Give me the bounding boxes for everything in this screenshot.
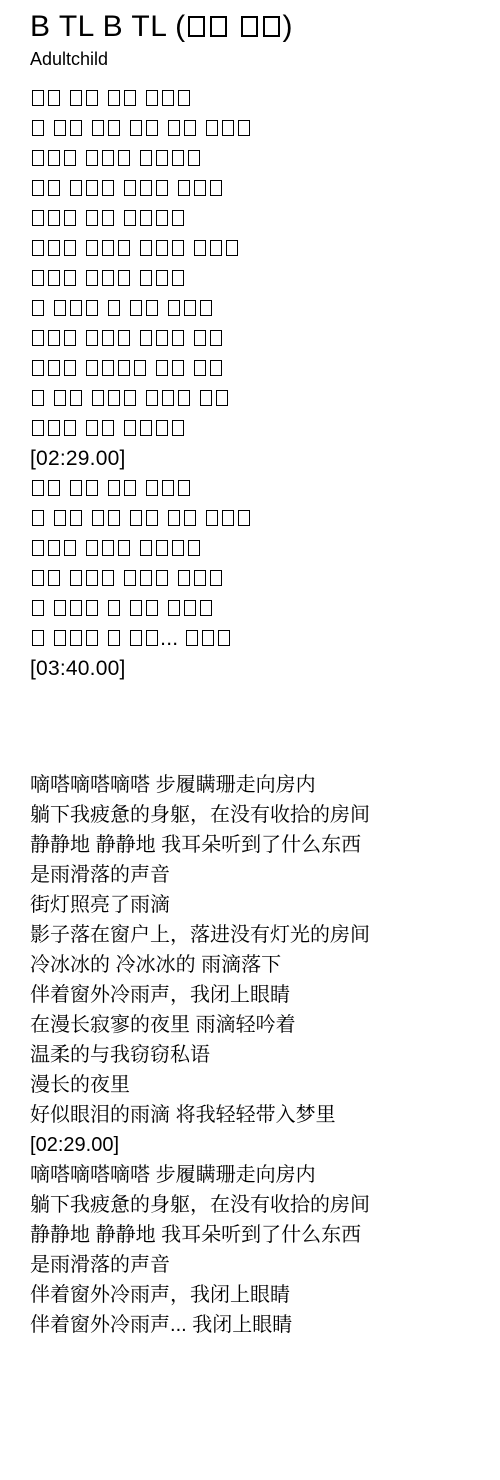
missing-glyph-box bbox=[118, 270, 130, 286]
lyric-line: 伴着窗外冷雨声，我闭上眼睛 bbox=[30, 980, 482, 1010]
missing-glyph-box bbox=[32, 630, 44, 646]
lyric-line bbox=[30, 504, 482, 534]
missing-glyph-box bbox=[210, 570, 222, 586]
missing-glyph-box bbox=[102, 240, 114, 256]
lyric-line bbox=[30, 294, 482, 324]
missing-glyph-box bbox=[194, 180, 206, 196]
missing-glyph-box bbox=[156, 210, 168, 226]
missing-glyph-box bbox=[102, 330, 114, 346]
missing-glyph-box bbox=[140, 330, 152, 346]
missing-glyph-box bbox=[32, 180, 44, 196]
missing-glyph-box bbox=[102, 210, 114, 226]
missing-glyph-box bbox=[156, 420, 168, 436]
missing-glyph-box bbox=[86, 540, 98, 556]
missing-glyph-box bbox=[172, 240, 184, 256]
missing-glyph-box bbox=[32, 570, 44, 586]
missing-glyph-box bbox=[108, 120, 120, 136]
missing-glyph-box bbox=[32, 510, 44, 526]
missing-glyph-box bbox=[241, 16, 258, 37]
missing-glyph-box bbox=[86, 90, 98, 106]
lyric-line bbox=[30, 324, 482, 354]
missing-glyph-box bbox=[130, 600, 142, 616]
missing-glyph-box bbox=[156, 240, 168, 256]
missing-glyph-box bbox=[86, 570, 98, 586]
missing-glyph-box bbox=[210, 180, 222, 196]
missing-glyph-box bbox=[140, 420, 152, 436]
missing-glyph-box bbox=[186, 630, 198, 646]
missing-glyph-box bbox=[172, 150, 184, 166]
missing-glyph-box bbox=[172, 270, 184, 286]
missing-glyph-box bbox=[32, 240, 44, 256]
missing-glyph-box bbox=[32, 540, 44, 556]
missing-glyph-box bbox=[156, 150, 168, 166]
missing-glyph-box bbox=[168, 600, 180, 616]
missing-glyph-box bbox=[70, 570, 82, 586]
missing-glyph-box bbox=[48, 420, 60, 436]
missing-glyph-box bbox=[146, 390, 158, 406]
missing-glyph-box bbox=[48, 360, 60, 376]
missing-glyph-box bbox=[130, 300, 142, 316]
missing-glyph-box bbox=[146, 300, 158, 316]
missing-glyph-box bbox=[86, 150, 98, 166]
missing-glyph-box bbox=[124, 90, 136, 106]
missing-glyph-box bbox=[86, 360, 98, 376]
missing-glyph-box bbox=[86, 420, 98, 436]
lyric-line: 是雨滑落的声音 bbox=[30, 1250, 482, 1280]
missing-glyph-box bbox=[70, 510, 82, 526]
missing-glyph-box bbox=[54, 390, 66, 406]
missing-glyph-box bbox=[130, 630, 142, 646]
missing-glyph-box bbox=[178, 180, 190, 196]
missing-glyph-box bbox=[32, 330, 44, 346]
lyric-line bbox=[30, 564, 482, 594]
missing-glyph-box bbox=[86, 480, 98, 496]
missing-glyph-box bbox=[156, 540, 168, 556]
missing-glyph-box bbox=[134, 360, 146, 376]
lyric-line bbox=[30, 234, 482, 264]
missing-glyph-box bbox=[146, 600, 158, 616]
missing-glyph-box bbox=[102, 570, 114, 586]
missing-glyph-box bbox=[54, 300, 66, 316]
missing-glyph-box bbox=[168, 510, 180, 526]
missing-glyph-box bbox=[102, 270, 114, 286]
missing-glyph-box bbox=[32, 600, 44, 616]
missing-glyph-box bbox=[200, 300, 212, 316]
missing-glyph-box bbox=[124, 180, 136, 196]
missing-glyph-box bbox=[184, 120, 196, 136]
missing-glyph-box bbox=[118, 150, 130, 166]
lyric-line: 伴着窗外冷雨声，我闭上眼睛 bbox=[30, 1280, 482, 1310]
missing-glyph-box bbox=[146, 510, 158, 526]
lyric-line: 温柔的与我窃窃私语 bbox=[30, 1040, 482, 1070]
timestamp-line: [03:40.00] bbox=[30, 654, 482, 684]
missing-glyph-box bbox=[70, 390, 82, 406]
missing-glyph-box bbox=[210, 330, 222, 346]
missing-glyph-box bbox=[188, 16, 205, 37]
missing-glyph-box bbox=[162, 90, 174, 106]
missing-glyph-box bbox=[64, 210, 76, 226]
lyric-line bbox=[30, 354, 482, 384]
lyric-line bbox=[30, 264, 482, 294]
missing-glyph-box bbox=[206, 120, 218, 136]
missing-glyph-box bbox=[32, 90, 44, 106]
missing-glyph-box bbox=[202, 630, 214, 646]
missing-glyph-box bbox=[70, 90, 82, 106]
missing-glyph-box bbox=[32, 300, 44, 316]
missing-glyph-box bbox=[108, 480, 120, 496]
missing-glyph-box bbox=[146, 120, 158, 136]
missing-glyph-box bbox=[140, 210, 152, 226]
missing-glyph-box bbox=[92, 390, 104, 406]
missing-glyph-box bbox=[92, 120, 104, 136]
lyric-line bbox=[30, 534, 482, 564]
missing-glyph-box bbox=[118, 240, 130, 256]
missing-glyph-box bbox=[86, 240, 98, 256]
missing-glyph-box bbox=[92, 510, 104, 526]
missing-glyph-box bbox=[70, 300, 82, 316]
missing-glyph-box bbox=[32, 480, 44, 496]
missing-glyph-box bbox=[178, 90, 190, 106]
lyric-line: 漫长的夜里 bbox=[30, 1070, 482, 1100]
missing-glyph-box bbox=[108, 510, 120, 526]
timestamp-line: [02:29.00] bbox=[30, 1130, 482, 1160]
missing-glyph-box bbox=[54, 120, 66, 136]
missing-glyph-box bbox=[102, 180, 114, 196]
missing-glyph-box bbox=[48, 540, 60, 556]
missing-glyph-box bbox=[54, 630, 66, 646]
missing-glyph-box bbox=[146, 90, 158, 106]
missing-glyph-box bbox=[86, 330, 98, 346]
missing-glyph-box bbox=[48, 240, 60, 256]
missing-glyph-box bbox=[32, 210, 44, 226]
missing-glyph-box bbox=[172, 360, 184, 376]
missing-glyph-box bbox=[188, 540, 200, 556]
missing-glyph-box bbox=[146, 480, 158, 496]
missing-glyph-box bbox=[194, 330, 206, 346]
missing-glyph-box bbox=[118, 330, 130, 346]
lyric-line: 静静地 静静地 我耳朵听到了什么东西 bbox=[30, 830, 482, 860]
missing-glyph-box bbox=[206, 510, 218, 526]
missing-glyph-box bbox=[263, 16, 280, 37]
missing-glyph-box bbox=[118, 360, 130, 376]
missing-glyph-box bbox=[156, 570, 168, 586]
missing-glyph-box bbox=[194, 360, 206, 376]
missing-glyph-box bbox=[32, 120, 44, 136]
missing-glyph-box bbox=[64, 420, 76, 436]
lyric-line: 伴着窗外冷雨声... 我闭上眼睛 bbox=[30, 1310, 482, 1340]
missing-glyph-box bbox=[140, 570, 152, 586]
lyric-line: 躺下我疲惫的身躯，在没有收拾的房间 bbox=[30, 1190, 482, 1220]
missing-glyph-box bbox=[140, 540, 152, 556]
missing-glyph-box bbox=[108, 600, 120, 616]
missing-glyph-box bbox=[178, 390, 190, 406]
missing-glyph-box bbox=[184, 510, 196, 526]
missing-glyph-box bbox=[178, 480, 190, 496]
missing-glyph-box bbox=[140, 240, 152, 256]
missing-glyph-box bbox=[32, 390, 44, 406]
missing-glyph-box bbox=[48, 570, 60, 586]
missing-glyph-box bbox=[156, 330, 168, 346]
lyric-line bbox=[30, 84, 482, 114]
missing-glyph-box bbox=[64, 150, 76, 166]
missing-glyph-box bbox=[70, 480, 82, 496]
missing-glyph-box bbox=[86, 600, 98, 616]
missing-glyph-box bbox=[70, 180, 82, 196]
missing-glyph-box bbox=[200, 390, 212, 406]
missing-glyph-box bbox=[86, 270, 98, 286]
lyric-line bbox=[30, 384, 482, 414]
missing-glyph-box bbox=[102, 360, 114, 376]
missing-glyph-box bbox=[32, 360, 44, 376]
missing-glyph-box bbox=[222, 510, 234, 526]
missing-glyph-box bbox=[238, 120, 250, 136]
missing-glyph-box bbox=[70, 600, 82, 616]
missing-glyph-box bbox=[140, 270, 152, 286]
missing-glyph-box bbox=[64, 540, 76, 556]
missing-glyph-box bbox=[140, 150, 152, 166]
missing-glyph-box bbox=[238, 510, 250, 526]
lyric-line: 冷冰冰的 冷冰冰的 雨滴落下 bbox=[30, 950, 482, 980]
missing-glyph-box bbox=[124, 420, 136, 436]
missing-glyph-box bbox=[172, 540, 184, 556]
missing-glyph-box bbox=[162, 390, 174, 406]
missing-glyph-box bbox=[172, 330, 184, 346]
missing-glyph-box bbox=[48, 150, 60, 166]
missing-glyph-box bbox=[210, 360, 222, 376]
missing-glyph-box bbox=[86, 210, 98, 226]
missing-glyph-box bbox=[64, 270, 76, 286]
lyrics-page: B TL B TL ( ) Adultchild [02:29.00] ... … bbox=[0, 0, 500, 1340]
missing-glyph-box bbox=[108, 390, 120, 406]
missing-glyph-box bbox=[156, 360, 168, 376]
missing-glyph-box bbox=[64, 360, 76, 376]
missing-glyph-box bbox=[124, 210, 136, 226]
missing-glyph-box bbox=[124, 390, 136, 406]
missing-glyph-box bbox=[156, 270, 168, 286]
lyric-line bbox=[30, 414, 482, 444]
missing-glyph-box bbox=[70, 630, 82, 646]
lyric-line bbox=[30, 174, 482, 204]
missing-glyph-box bbox=[118, 540, 130, 556]
missing-glyph-box bbox=[194, 570, 206, 586]
missing-glyph-box bbox=[124, 480, 136, 496]
missing-glyph-box bbox=[54, 600, 66, 616]
lyric-line: 好似眼泪的雨滴 将我轻轻带入梦里 bbox=[30, 1100, 482, 1130]
original-lyrics-section: [02:29.00] ... [03:40.00] bbox=[30, 84, 482, 684]
missing-glyph-box bbox=[210, 16, 227, 37]
lyric-line: 在漫长寂寥的夜里 雨滴轻吟着 bbox=[30, 1010, 482, 1040]
missing-glyph-box bbox=[226, 240, 238, 256]
lyric-line: 影子落在窗户上，落进没有灯光的房间 bbox=[30, 920, 482, 950]
missing-glyph-box bbox=[86, 180, 98, 196]
missing-glyph-box bbox=[194, 240, 206, 256]
lyric-line: 嘀嗒嘀嗒嘀嗒 步履瞒珊走向房内 bbox=[30, 1160, 482, 1190]
missing-glyph-box bbox=[188, 150, 200, 166]
missing-glyph-box bbox=[32, 420, 44, 436]
missing-glyph-box bbox=[64, 240, 76, 256]
artist-name: Adultchild bbox=[30, 48, 482, 70]
lyric-line: 躺下我疲惫的身躯，在没有收拾的房间 bbox=[30, 800, 482, 830]
missing-glyph-box bbox=[48, 210, 60, 226]
missing-glyph-box bbox=[168, 300, 180, 316]
lyric-line bbox=[30, 594, 482, 624]
missing-glyph-box bbox=[172, 420, 184, 436]
missing-glyph-box bbox=[130, 510, 142, 526]
missing-glyph-box bbox=[48, 270, 60, 286]
missing-glyph-box bbox=[54, 510, 66, 526]
missing-glyph-box bbox=[102, 420, 114, 436]
lyric-line bbox=[30, 114, 482, 144]
lyric-line bbox=[30, 474, 482, 504]
missing-glyph-box bbox=[102, 150, 114, 166]
translation-lyrics-section: 嘀嗒嘀嗒嘀嗒 步履瞒珊走向房内躺下我疲惫的身躯，在没有收拾的房间静静地 静静地 … bbox=[30, 770, 482, 1340]
missing-glyph-box bbox=[102, 540, 114, 556]
missing-glyph-box bbox=[162, 480, 174, 496]
missing-glyph-box bbox=[32, 150, 44, 166]
missing-glyph-box bbox=[216, 390, 228, 406]
lyric-line: 街灯照亮了雨滴 bbox=[30, 890, 482, 920]
missing-glyph-box bbox=[108, 300, 120, 316]
missing-glyph-box bbox=[168, 120, 180, 136]
missing-glyph-box bbox=[178, 570, 190, 586]
lyric-line: 静静地 静静地 我耳朵听到了什么东西 bbox=[30, 1220, 482, 1250]
missing-glyph-box bbox=[48, 90, 60, 106]
missing-glyph-box bbox=[64, 330, 76, 346]
missing-glyph-box bbox=[108, 630, 120, 646]
missing-glyph-box bbox=[172, 210, 184, 226]
missing-glyph-box bbox=[86, 630, 98, 646]
lyric-line: ... bbox=[30, 624, 482, 654]
missing-glyph-box bbox=[218, 630, 230, 646]
song-title: B TL B TL ( ) bbox=[30, 8, 482, 46]
missing-glyph-box bbox=[32, 270, 44, 286]
missing-glyph-box bbox=[146, 630, 158, 646]
missing-glyph-box bbox=[48, 330, 60, 346]
missing-glyph-box bbox=[156, 180, 168, 196]
timestamp-line: [02:29.00] bbox=[30, 444, 482, 474]
missing-glyph-box bbox=[48, 480, 60, 496]
missing-glyph-box bbox=[200, 600, 212, 616]
missing-glyph-box bbox=[48, 180, 60, 196]
missing-glyph-box bbox=[210, 240, 222, 256]
missing-glyph-box bbox=[184, 300, 196, 316]
missing-glyph-box bbox=[86, 300, 98, 316]
missing-glyph-box bbox=[108, 90, 120, 106]
missing-glyph-box bbox=[222, 120, 234, 136]
missing-glyph-box bbox=[70, 120, 82, 136]
lyric-line: 嘀嗒嘀嗒嘀嗒 步履瞒珊走向房内 bbox=[30, 770, 482, 800]
missing-glyph-box bbox=[130, 120, 142, 136]
lyric-line bbox=[30, 204, 482, 234]
missing-glyph-box bbox=[124, 570, 136, 586]
lyric-line: 是雨滑落的声音 bbox=[30, 860, 482, 890]
missing-glyph-box bbox=[184, 600, 196, 616]
missing-glyph-box bbox=[140, 180, 152, 196]
lyric-line bbox=[30, 144, 482, 174]
